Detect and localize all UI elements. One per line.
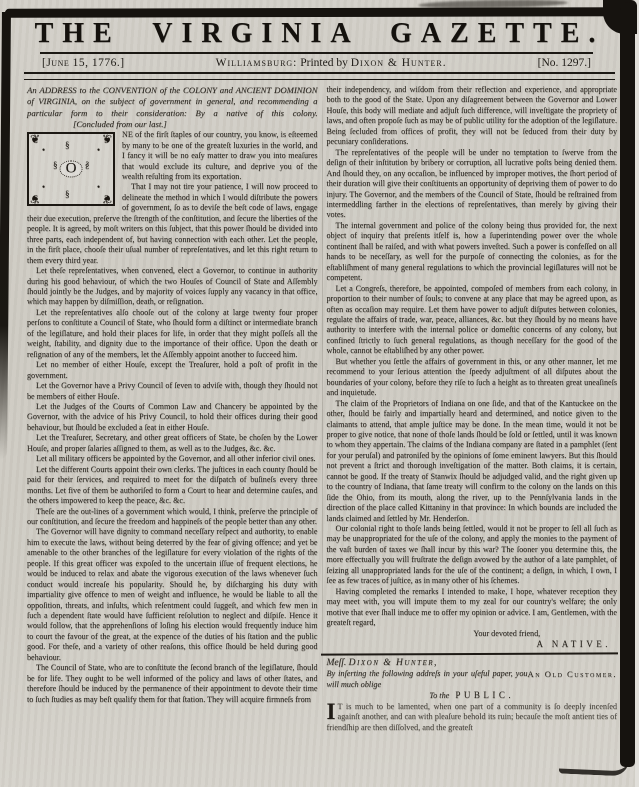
letter-signer: An Old Customer. (528, 669, 617, 680)
issue-date: [June 15, 1776.] (42, 57, 125, 69)
ornament-corner-icon: ❦ (30, 194, 40, 204)
section-rule (320, 653, 617, 656)
letter-salutation: Meſſ. Dixon & Hunter, (327, 658, 618, 669)
ornament-corner-icon: ❦ (102, 134, 112, 144)
right-border-rule (620, 2, 635, 767)
author-signature: A NATIVE. (327, 639, 618, 649)
paragraph: The repreſentatives of the people will b… (327, 148, 618, 221)
ornament-corner-icon: ❦ (102, 194, 112, 204)
page-right-edge (635, 0, 639, 787)
ornament-dot-icon: ● (42, 183, 45, 193)
to-prefix: To the (429, 691, 449, 700)
issue-number: [No. 1297.] (538, 57, 591, 69)
address-heading-text: An ADDRESS to the CONVENTION of the COLO… (27, 85, 318, 118)
imprint: Williamsburg: Printed by Dixon & Hunter. (216, 57, 447, 69)
drop-cap-letter: O (60, 161, 83, 177)
paragraph: Let a Congreſs, therefore, be appointed,… (327, 284, 618, 357)
bottom-right-scan-mark (559, 756, 630, 776)
ornament-dot-icon: ● (97, 183, 100, 193)
ornament-scroll-icon: § (53, 160, 58, 170)
public-letter-text: T is much to be lamented, when one part … (327, 702, 618, 732)
letter-body: An Old Customer. By inſerting the follow… (327, 669, 618, 690)
ornamental-drop-cap-block: ❦ ❦ ❦ ❦ § § § § ● ● ● ● O (27, 132, 115, 206)
paragraph: The Governor will have dignity to comman… (27, 527, 318, 663)
public-letter-opening: I T is much to be lamented, when one par… (327, 702, 618, 734)
paragraph: The Council of State, who are to conſtit… (27, 663, 318, 705)
concluded-note: [Concluded from our last.] (73, 119, 167, 129)
paragraph: Having completed the remarks I intended … (327, 587, 618, 629)
ornament-corner-icon: ❦ (30, 134, 40, 144)
paragraph: Let all military officers be appointed b… (27, 454, 318, 464)
column-divider (322, 85, 323, 734)
ornament-scroll-icon: § (65, 140, 70, 150)
paragraph: Our colonial right to thoſe lands being … (327, 524, 618, 587)
ornament-scroll-icon: § (65, 189, 70, 199)
paragraph: Let the different Courts appoint their o… (27, 465, 318, 507)
letter-to-printers: Meſſ. Dixon & Hunter, An Old Customer. B… (327, 658, 618, 733)
paragraph: But whether you ſettle the affairs of go… (327, 357, 618, 399)
salutation-prefix: Meſſ. (327, 658, 347, 668)
ornament-dot-icon: ● (97, 146, 100, 156)
paragraph: Let no member of either Houſe, except th… (27, 360, 318, 381)
paragraph: their independency, and wiſdom from thei… (327, 85, 618, 148)
dateline: [June 15, 1776.] Williamsburg: Printed b… (42, 57, 591, 69)
paragraph: Let the Judges of the Courts of Common L… (27, 402, 318, 433)
ornament-dot-icon: ● (42, 146, 45, 156)
dateline-double-rule (24, 72, 615, 80)
masthead-rule (40, 52, 593, 54)
imprint-place: Williamsburg: (216, 57, 298, 69)
paragraph: Let the Governor have a Privy Council of… (27, 381, 318, 402)
paragraph: The internal government and police of th… (327, 221, 618, 284)
imprint-printed-by: Printed by (300, 57, 348, 69)
paragraph: Theſe are the out-lines of a government … (27, 507, 318, 528)
article-body: An ADDRESS to the CONVENTION of the COLO… (0, 80, 639, 734)
paragraph: The claim of the Proprietors of Indiana … (327, 399, 618, 524)
printer-names: Dixon & Hunter, (349, 658, 438, 668)
ornament-scroll-icon: § (85, 160, 90, 170)
to-the-public-heading: To the PUBLIC. (327, 690, 618, 702)
newspaper-page: THE VIRGINIA GAZETTE. [June 15, 1776.] W… (0, 0, 639, 787)
paragraph: Let the Treaſurer, Secretary, and other … (27, 433, 318, 454)
address-heading: An ADDRESS to the CONVENTION of the COLO… (27, 85, 318, 130)
imprint-printers: Dixon & Hunter. (351, 57, 447, 69)
newspaper-title: THE VIRGINIA GAZETTE. (0, 18, 639, 50)
paragraph: Let the repreſentatives alſo chooſe out … (27, 308, 318, 360)
letter-body-text: By inſerting the following addreſs in yo… (327, 669, 528, 689)
drop-cap-letter: I (327, 703, 336, 721)
left-column: An ADDRESS to the CONVENTION of the COLO… (27, 85, 318, 734)
to-title: PUBLIC. (455, 690, 514, 700)
right-column: their independency, and wiſdom from thei… (327, 85, 618, 734)
paragraph: Let theſe repreſentatives, when convened… (27, 266, 318, 308)
masthead: THE VIRGINIA GAZETTE. [June 15, 1776.] W… (0, 0, 639, 80)
valediction: Your devoted friend, (327, 629, 618, 639)
